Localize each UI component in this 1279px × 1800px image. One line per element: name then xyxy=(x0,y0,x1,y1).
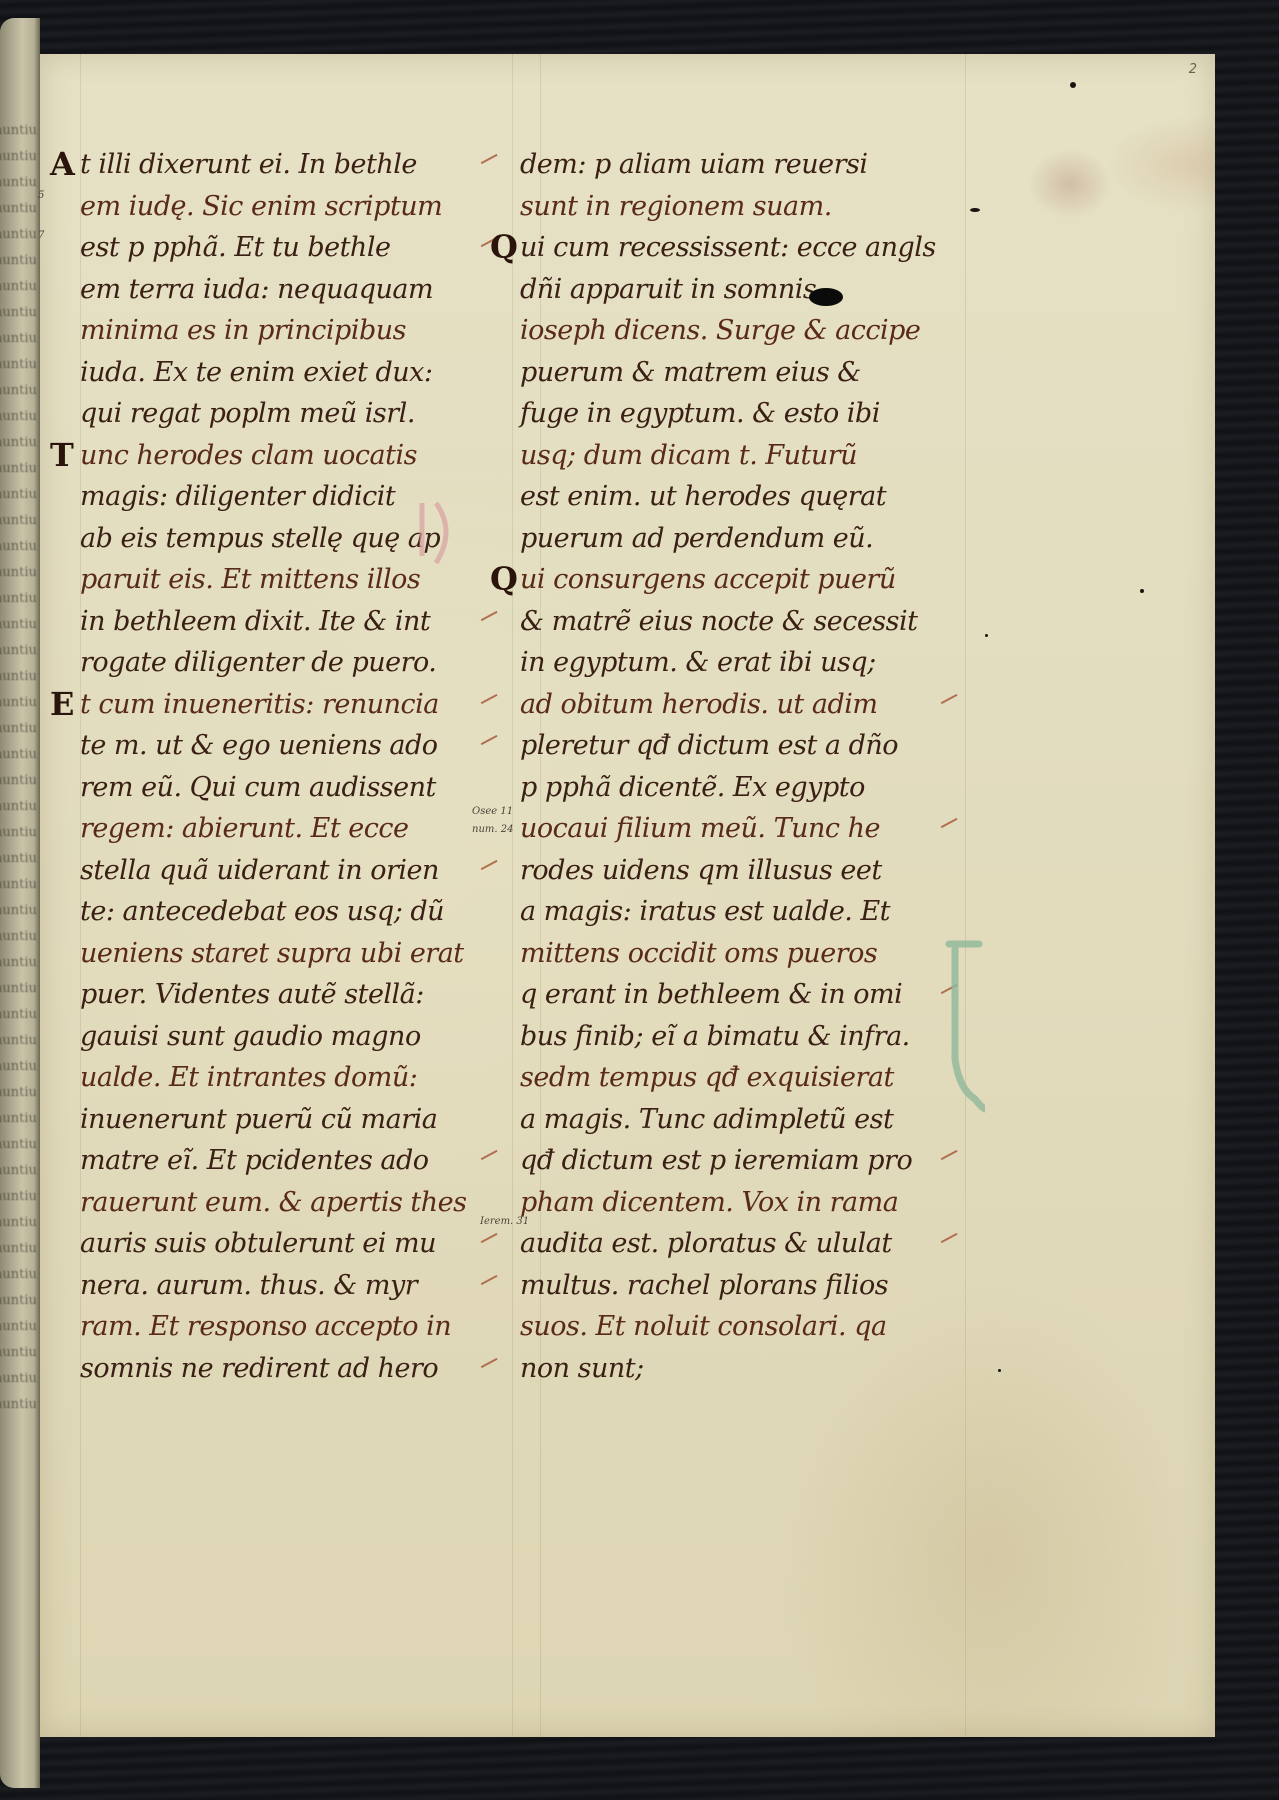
line-text: rogate diligenter de puero. xyxy=(80,647,436,678)
text-line: gauisi sunt gaudio magno xyxy=(80,1016,500,1058)
line-text: te m. ut & ego ueniens ado xyxy=(80,730,438,761)
text-line: em terra iuda: nequaquam xyxy=(80,269,500,311)
text-line: bus finib; eĩ a bimatu & infra. xyxy=(520,1016,960,1058)
line-text: a magis: iratus est ualde. Et xyxy=(520,896,890,927)
line-text: suos. Et noluit consolari. qa xyxy=(520,1311,887,1342)
ink-spot xyxy=(985,634,988,637)
text-line: somnis ne redirent ad hero xyxy=(80,1348,500,1390)
text-line: ueniens staret supra ubi erat xyxy=(80,933,500,975)
text-line: stella quã uiderant in orien xyxy=(80,850,500,892)
line-text: ui cum recessissent: ecce angls xyxy=(520,232,936,263)
line-text: inuenerunt puerũ cũ maria xyxy=(80,1104,437,1135)
line-text: paruit eis. Et mittens illos xyxy=(80,564,420,595)
text-line: puerum ad perdendum eũ. xyxy=(520,518,960,560)
line-filler-mark xyxy=(481,610,498,620)
text-line: fuge in egyptum. & esto ibi xyxy=(520,393,960,435)
text-line: iuda. Ex te enim exiet dux: xyxy=(80,352,500,394)
text-line: Qui consurgens accepit puerũ xyxy=(520,559,960,601)
text-line: inuenerunt puerũ cũ maria xyxy=(80,1099,500,1141)
text-line: auris suis obtulerunt ei mu xyxy=(80,1223,500,1265)
text-line: & matrẽ eius nocte & secessit xyxy=(520,601,960,643)
initial-letter: A xyxy=(50,144,74,186)
text-line: audita est. ploratus & ululat xyxy=(520,1223,960,1265)
line-text: a magis. Tunc adimpletũ est xyxy=(520,1104,893,1135)
text-line: te m. ut & ego ueniens ado xyxy=(80,725,500,767)
line-text: qđ dictum est p ieremiam pro xyxy=(520,1145,912,1176)
line-filler-mark xyxy=(481,1150,498,1160)
text-line: uocaui filium meũ. Tunc he xyxy=(520,808,960,850)
line-text: ui consurgens accepit puerũ xyxy=(520,564,896,595)
line-text: somnis ne redirent ad hero xyxy=(80,1353,438,1384)
line-text: rauerunt eum. & apertis thes xyxy=(80,1187,467,1218)
initial-letter: T xyxy=(50,435,73,477)
margin-note: 5 xyxy=(38,190,44,201)
line-filler-mark xyxy=(481,859,498,869)
line-text: em terra iuda: nequaquam xyxy=(80,274,433,305)
text-line: in bethleem dixit. Ite & int xyxy=(80,601,500,643)
red-initial-D xyxy=(418,501,458,571)
line-filler-mark xyxy=(481,1357,498,1367)
text-line: matre eĩ. Et pcidentes ado xyxy=(80,1140,500,1182)
text-line: est enim. ut herodes quęrat xyxy=(520,476,960,518)
text-line: est p pphã. Et tu bethle xyxy=(80,227,500,269)
line-text: minima es in principibus xyxy=(80,315,406,346)
line-text: matre eĩ. Et pcidentes ado xyxy=(80,1145,429,1176)
line-text: est enim. ut herodes quęrat xyxy=(520,481,886,512)
line-text: & matrẽ eius nocte & secessit xyxy=(520,606,918,637)
line-text: puerum & matrem eius & xyxy=(520,357,861,388)
line-text: ad obitum herodis. ut adim xyxy=(520,689,877,720)
text-line: rem eũ. Qui cum audissent xyxy=(80,767,500,809)
ruling-line xyxy=(512,54,513,1737)
line-text: est p pphã. Et tu bethle xyxy=(80,232,390,263)
ink-spot xyxy=(998,1369,1001,1372)
intercolumn-note: num. 24 xyxy=(472,824,513,835)
text-line: ioseph dicens. Surge & accipe xyxy=(520,310,960,352)
text-line: qđ dictum est p ieremiam pro xyxy=(520,1140,960,1182)
line-text: usq; dum dicam t. Futurũ xyxy=(520,440,857,471)
line-filler-mark xyxy=(941,1150,958,1160)
line-text: p pphã dicentẽ. Ex egypto xyxy=(520,772,865,803)
initial-letter: E xyxy=(50,684,74,726)
text-line: mittens occidit oms pueros xyxy=(520,933,960,975)
text-line: dem: p aliam uiam reuersi xyxy=(520,144,960,186)
text-line: multus. rachel plorans filios xyxy=(520,1265,960,1307)
previous-leaf-edge: nuntiu sacerdnuntiu sacerdnuntiu sacerdn… xyxy=(0,18,40,1788)
line-filler-mark xyxy=(481,693,498,703)
line-text: ualde. Et intrantes domũ: xyxy=(80,1062,417,1093)
line-text: fuge in egyptum. & esto ibi xyxy=(520,398,880,429)
green-initial-L xyxy=(945,939,985,1119)
text-line: At illi dixerunt ei. In bethle xyxy=(80,144,500,186)
text-line: q erant in bethleem & in omi xyxy=(520,974,960,1016)
text-line: pleretur qđ dictum est a dño xyxy=(520,725,960,767)
line-text: unc herodes clam uocatis xyxy=(80,440,417,471)
line-text: in egyptum. & erat ibi usq; xyxy=(520,647,876,678)
text-line: pham dicentem. Vox in rama xyxy=(520,1182,960,1224)
text-line: em iudę. Sic enim scriptum xyxy=(80,186,500,228)
line-text: t cum inueneritis: renuncia xyxy=(80,689,439,720)
text-line: sunt in regionem suam. xyxy=(520,186,960,228)
line-text: in bethleem dixit. Ite & int xyxy=(80,606,430,637)
line-text: regem: abierunt. Et ecce xyxy=(80,813,408,844)
line-text: em iudę. Sic enim scriptum xyxy=(80,191,442,222)
text-line: puer. Videntes autẽ stellã: xyxy=(80,974,500,1016)
text-line: te: antecedebat eos usq; dũ xyxy=(80,891,500,933)
ink-spot xyxy=(970,208,980,212)
line-text: rem eũ. Qui cum audissent xyxy=(80,772,436,803)
ink-spot xyxy=(1070,82,1076,88)
text-line: p pphã dicentẽ. Ex egypto xyxy=(520,767,960,809)
ruling-line xyxy=(965,54,966,1737)
text-line: rogate diligenter de puero. xyxy=(80,642,500,684)
line-filler-mark xyxy=(481,735,498,745)
ink-spot xyxy=(1140,589,1144,593)
text-line: regem: abierunt. Et ecce xyxy=(80,808,500,850)
line-text: rodes uidens qm illusus eet xyxy=(520,855,882,886)
line-text: iuda. Ex te enim exiet dux: xyxy=(80,357,432,388)
text-line: suos. Et noluit consolari. qa xyxy=(520,1306,960,1348)
line-text: pham dicentem. Vox in rama xyxy=(520,1187,898,1218)
text-line: nera. aurum. thus. & myr xyxy=(80,1265,500,1307)
text-line: puerum & matrem eius & xyxy=(520,352,960,394)
line-text: mittens occidit oms pueros xyxy=(520,938,877,969)
margin-note: 7 xyxy=(38,230,44,241)
line-text: ram. Et responso accepto in xyxy=(80,1311,451,1342)
line-filler-mark xyxy=(481,154,498,164)
text-line: in egyptum. & erat ibi usq; xyxy=(520,642,960,684)
text-line: minima es in principibus xyxy=(80,310,500,352)
left-text-column: At illi dixerunt ei. In bethleem iudę. S… xyxy=(80,144,500,1389)
line-text: multus. rachel plorans filios xyxy=(520,1270,888,1301)
text-line: Et cum inueneritis: renuncia xyxy=(80,684,500,726)
parchment-hole xyxy=(809,288,843,306)
line-text: sedm tempus qđ exquisierat xyxy=(520,1062,894,1093)
line-text: audita est. ploratus & ululat xyxy=(520,1228,892,1259)
intercolumn-note: Ierem. 31 xyxy=(480,1216,529,1227)
line-text: te: antecedebat eos usq; dũ xyxy=(80,896,444,927)
text-line: ad obitum herodis. ut adim xyxy=(520,684,960,726)
line-text: auris suis obtulerunt ei mu xyxy=(80,1228,436,1259)
line-text: nera. aurum. thus. & myr xyxy=(80,1270,417,1301)
line-text: ueniens staret supra ubi erat xyxy=(80,938,464,969)
line-filler-mark xyxy=(941,693,958,703)
line-text: puer. Videntes autẽ stellã: xyxy=(80,979,424,1010)
line-text: dem: p aliam uiam reuersi xyxy=(520,149,868,180)
initial-letter: Q xyxy=(490,227,517,269)
text-line: a magis. Tunc adimpletũ est xyxy=(520,1099,960,1141)
line-text: bus finib; eĩ a bimatu & infra. xyxy=(520,1021,910,1052)
line-text: sunt in regionem suam. xyxy=(520,191,832,222)
text-line: Tunc herodes clam uocatis xyxy=(80,435,500,477)
manuscript-leaf: 2 At illi dixerunt ei. In bethleem iudę.… xyxy=(40,54,1215,1737)
text-line: Qui cum recessissent: ecce angls xyxy=(520,227,960,269)
previous-leaf-text: nuntiu sacerdnuntiu sacerdnuntiu sacerdn… xyxy=(0,118,38,1418)
line-text: t illi dixerunt ei. In bethle xyxy=(80,149,417,180)
line-filler-mark xyxy=(941,1233,958,1243)
text-line: qui regat poplm meũ isrl. xyxy=(80,393,500,435)
text-line: rauerunt eum. & apertis thes xyxy=(80,1182,500,1224)
text-line: rodes uidens qm illusus eet xyxy=(520,850,960,892)
line-text: dñi apparuit in somnis xyxy=(520,274,816,305)
line-filler-mark xyxy=(941,818,958,828)
folio-number: 2 xyxy=(1189,62,1197,77)
line-filler-mark xyxy=(481,1233,498,1243)
right-text-column: dem: p aliam uiam reuersisunt in regione… xyxy=(520,144,960,1389)
text-line: dñi apparuit in somnis xyxy=(520,269,960,311)
line-text: q erant in bethleem & in omi xyxy=(520,979,902,1010)
text-line: a magis: iratus est ualde. Et xyxy=(520,891,960,933)
line-text: gauisi sunt gaudio magno xyxy=(80,1021,421,1052)
intercolumn-note: Osee 11 xyxy=(472,806,513,817)
text-line: non sunt; xyxy=(520,1348,960,1390)
line-text: stella quã uiderant in orien xyxy=(80,855,439,886)
line-filler-mark xyxy=(481,1274,498,1284)
line-text: ioseph dicens. Surge & accipe xyxy=(520,315,920,346)
line-text: non sunt; xyxy=(520,1353,644,1384)
line-text: ab eis tempus stellę quę ap xyxy=(80,523,440,554)
text-line: ualde. Et intrantes domũ: xyxy=(80,1057,500,1099)
line-text: uocaui filium meũ. Tunc he xyxy=(520,813,880,844)
line-text: puerum ad perdendum eũ. xyxy=(520,523,873,554)
text-line: sedm tempus qđ exquisierat xyxy=(520,1057,960,1099)
line-text: magis: diligenter didicit xyxy=(80,481,395,512)
line-text: pleretur qđ dictum est a dño xyxy=(520,730,898,761)
text-line: ram. Et responso accepto in xyxy=(80,1306,500,1348)
text-line: usq; dum dicam t. Futurũ xyxy=(520,435,960,477)
line-text: qui regat poplm meũ isrl. xyxy=(80,398,415,429)
initial-letter: Q xyxy=(490,559,517,601)
